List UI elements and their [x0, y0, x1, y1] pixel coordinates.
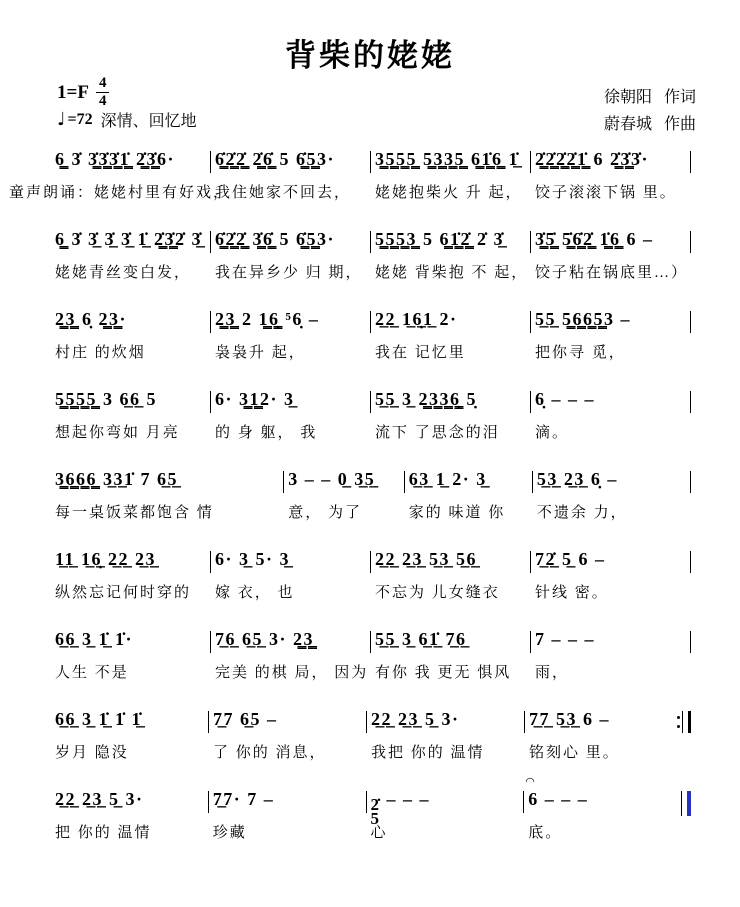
measure: 7̲7· 7 –珍藏 [213, 778, 363, 842]
barline [208, 711, 209, 733]
measure: 6̣ – – –滴。 [535, 378, 687, 442]
lyric: 人生 不是 [55, 653, 207, 682]
notes-row: 1̲1̲ 1̲6̣̲ 2̲2̲ 2̲3̲ [55, 538, 207, 573]
time-signature: 4 4 [96, 76, 110, 109]
fermata-icon: ◠6 [528, 789, 539, 810]
meter-denominator: 4 [99, 93, 107, 109]
barline [210, 231, 211, 253]
barline [366, 711, 367, 733]
notes-row: 5̳5̳5̳5̳ 3 6̲6̲ 5 [55, 378, 207, 413]
measure: 6· 3̳1̳2· 3̲的 身 躯， 我 [215, 378, 367, 442]
notes-row: 3 – – 0̲ 3̲5̲ [288, 458, 401, 493]
barline [690, 151, 691, 173]
barline [210, 311, 211, 333]
score: 6̳ 3̇ 3̳̇3̳̇3̳̇1̳̇ 2̳̇3̳̇6·童声朗诵：姥姥村里有好戏，… [55, 138, 695, 858]
notes-row: 6· 3̲ 5· 3̲ [215, 538, 367, 573]
measure: 3̳6̳6̳6̳ 3̲3̲1̇ 7 6̲5̲每一桌饭菜都饱含 情 [55, 458, 280, 522]
notes-row: 2̲2̲ 2̲3̲ 5̲ 3· [371, 698, 521, 733]
lyric: 岁月 隐没 [55, 733, 205, 762]
barline [210, 151, 211, 173]
lyric: 不遗余 力， [537, 493, 687, 522]
measure: 7̲2̲̇ 5̲ 6 –针线 密。 [535, 538, 687, 602]
lyric: 姥姥 背柴抱 不 起， [375, 253, 527, 282]
measure: 2̳3̳ 2 1̳6̣̳ ⁵6̣ –袅袅升 起， [215, 298, 367, 362]
barline [370, 151, 371, 173]
notes-row: 6̲6̲ 3̲ 1̲̇ 1̇ 1̲̇ [55, 698, 205, 733]
lyric: 把 你的 温情 [55, 813, 205, 842]
notes-row: 5̲5̲ 3̲ 2̳3̳3̳6̣̳ 5̣ [375, 378, 527, 413]
barline [370, 311, 371, 333]
notes-row: 7̲6̲ 6̲5̲ 3· 2̳3̳ [215, 618, 367, 653]
barline [210, 391, 211, 413]
lyric: 家的 味道 你 [409, 493, 529, 522]
measure: 6̳ 3̇ 3̳̇3̳̇3̳̇1̳̇ 2̳̇3̳̇6·童声朗诵：姥姥村里有好戏， [55, 138, 207, 202]
measure: ◠6 – – –底。 [528, 778, 678, 842]
notes-row: 6̣ – – – [535, 378, 687, 413]
measure: 6̲6̲ 3̲ 1̲̇ 1̇·人生 不是 [55, 618, 207, 682]
key-time-signature: 1=F 4 4 [57, 76, 109, 109]
lyric: 饺子粘在锅底里…） [535, 253, 687, 282]
measure: 6̳̇2̳̇2̳̇ 2̳̇6̳̇ 5 6̳̇5̳3·我住她家不回去， [215, 138, 367, 202]
lyric: 每一桌饭菜都饱含 情 [55, 493, 280, 522]
notes-row: 6̳̇2̳̇2̳̇ 3̳̇6̳̇ 5 6̳̇5̳3· [215, 218, 367, 253]
lyric: 村庄 的炊烟 [55, 333, 207, 362]
lyric: 流下 了思念的泪 [375, 413, 527, 442]
lyric: 了 你的 消息， [213, 733, 363, 762]
barline [532, 471, 533, 493]
lyric: 我住她家不回去， [215, 173, 367, 202]
lyricist-credit: 徐朝阳作词 [604, 84, 696, 111]
notes-row: 5̲5̲ 5̳6̳6̳5̳3 – [535, 298, 687, 333]
measure: 6̲3̲ 1̲ 2· 3̲家的 味道 你 [409, 458, 529, 522]
measure: 5̲5̲ 5̳6̳6̳5̳3 –把你寻 觅， [535, 298, 687, 362]
lyricist-name: 徐朝阳 [604, 84, 652, 111]
quarter-note-icon: ♩ [57, 109, 66, 130]
notes-row: 2̲2̲ 2̲3̲ 5̲3̲ 5̲6̲ [375, 538, 527, 573]
notes-row: 6̳̇2̳̇2̳̇ 2̳̇6̳̇ 5 6̳̇5̳3· [215, 138, 367, 173]
composer-role: 作曲 [664, 111, 696, 138]
barline [210, 551, 211, 573]
measure: 2̳̇2̳̇2̳̇2̳̇1̳̇ 6 2̳̇3̳̇3̇·饺子滚滚下锅 里。 [535, 138, 687, 202]
notes-row: 7̲7 6̲5 – [213, 698, 363, 733]
notes-row: 6̲6̲ 3̲ 1̲̇ 1̇· [55, 618, 207, 653]
notes-row: 5̲3̲ 2̲3̲ 6̣ – [537, 458, 687, 493]
measure: 7 – – –雨， [535, 618, 687, 682]
measure: 7̲7 6̲5 –了 你的 消息， [213, 698, 363, 762]
lyric: 滴。 [535, 413, 687, 442]
barline [370, 231, 371, 253]
lyric: 童声朗诵：姥姥村里有好戏， [55, 173, 207, 202]
score-line: 3̳6̳6̳6̳ 3̲3̲1̇ 7 6̲5̲每一桌饭菜都饱含 情3 – – 0̲… [55, 458, 695, 538]
measure: 6̳ 3̇ 3̲̇ 3̲̇ 3̲̇ 1̲̇ 2̳̇3̳̇2̇ 3̲̇姥姥青丝变白… [55, 218, 207, 282]
barline [404, 471, 405, 493]
credits: 徐朝阳作词 蔚春城作曲 [604, 84, 696, 138]
barline [690, 551, 691, 573]
measure: 6· 3̲ 5· 3̲嫁 衣， 也 [215, 538, 367, 602]
lyric: 想起你弯如 月亮 [55, 413, 207, 442]
meter-numerator: 4 [96, 76, 110, 93]
notes-row: 6̳ 3̇ 3̳̇3̳̇3̳̇1̳̇ 2̳̇3̳̇6· [55, 138, 207, 173]
repeat-end-barline [682, 711, 691, 733]
measure: 6̳̇2̳̇2̳̇ 3̳̇6̳̇ 5 6̳̇5̳3·我在异乡少 归 期， [215, 218, 367, 282]
score-line: 6̳ 3̇ 3̳̇3̳̇3̳̇1̳̇ 2̳̇3̳̇6·童声朗诵：姥姥村里有好戏，… [55, 138, 695, 218]
lyric: 完美 的棋 局， 因为 [215, 653, 367, 682]
lyric: 雨， [535, 653, 687, 682]
measure: 3 – – 0̲ 3̲5̲意， 为了 [288, 458, 401, 522]
score-line: 1̲1̲ 1̲6̣̲ 2̲2̲ 2̲3̲纵然忘记何时穿的6· 3̲ 5· 3̲嫁… [55, 538, 695, 618]
notes-row: 5̳5̳5̳3̳ 5 6̳1̳̇2̳̇ 2̇ 3̲̇ [375, 218, 527, 253]
score-line: 6̳ 3̇ 3̲̇ 3̲̇ 3̲̇ 1̲̇ 2̳̇3̳̇2̇ 3̲̇姥姥青丝变白… [55, 218, 695, 298]
measure: 7̲6̲ 6̲5̲ 3· 2̳3̳完美 的棋 局， 因为 [215, 618, 367, 682]
measure: 2̇5 – – –心 [371, 778, 521, 842]
measure: 7̲7̲ 5̲3̲ 6 –铭刻心 里。 [529, 698, 679, 762]
notes-row: 2̳3̳ 6̣ 2̳3̳· [55, 298, 207, 333]
lyric: 铭刻心 里。 [529, 733, 679, 762]
tempo-bpm: =72 [68, 111, 93, 129]
measure: 5̳5̳5̳3̳ 5 6̳1̳̇2̳̇ 2̇ 3̲̇姥姥 背柴抱 不 起， [375, 218, 527, 282]
key-label: 1=F [57, 82, 89, 104]
lyric: 我在异乡少 归 期， [215, 253, 367, 282]
lyric: 针线 密。 [535, 573, 687, 602]
notes-row: 7̲7· 7 – [213, 778, 363, 813]
lyric: 的 身 躯， 我 [215, 413, 367, 442]
barline [366, 791, 367, 813]
barline [370, 551, 371, 573]
sheet-music-page: 背柴的姥姥 1=F 4 4 ♩=72 深情、回忆地 徐朝阳作词 蔚春城作曲 6̳… [0, 0, 740, 907]
notes-row: 3̳̇5̳̇ 5̳̇6̳̇2̳̇ 1̳̇6̳ 6 – [535, 218, 687, 253]
notes-row: 2̇5 – – – [371, 778, 521, 813]
notes-row: 6̳ 3̇ 3̲̇ 3̲̇ 3̲̇ 1̲̇ 2̳̇3̳̇2̇ 3̲̇ [55, 218, 207, 253]
notes-row: 6̲3̲ 1̲ 2· 3̲ [409, 458, 529, 493]
measure: 5̲3̲ 2̲3̲ 6̣ –不遗余 力， [537, 458, 687, 522]
barline [690, 471, 691, 493]
score-line: 6̲6̲ 3̲ 1̲̇ 1̇·人生 不是7̲6̲ 6̲5̲ 3· 2̳3̳完美 … [55, 618, 695, 698]
measure: 2̲2̲ 2̲3̲ 5̲3̲ 5̲6̲不忘为 儿女缝衣 [375, 538, 527, 602]
barline [210, 631, 211, 653]
barline [690, 391, 691, 413]
lyric: 饺子滚滚下锅 里。 [535, 173, 687, 202]
measure: 2̳3̳ 6̣ 2̳3̳·村庄 的炊烟 [55, 298, 207, 362]
barline [530, 231, 531, 253]
tempo-marking: ♩=72 深情、回忆地 [57, 108, 197, 131]
barline [530, 151, 531, 173]
score-line: 6̲6̲ 3̲ 1̲̇ 1̇ 1̲̇岁月 隐没7̲7 6̲5 –了 你的 消息，… [55, 698, 695, 778]
barline [523, 791, 524, 813]
notes-row: 7 – – – [535, 618, 687, 653]
score-line: 2̳3̳ 6̣ 2̳3̳·村庄 的炊烟2̳3̳ 2 1̳6̣̳ ⁵6̣ –袅袅升… [55, 298, 695, 378]
lyric: 姥姥抱柴火 升 起， [375, 173, 527, 202]
final-barline [681, 791, 691, 816]
score-line: 2̲2̲ 2̲3̲ 5̲ 3·把 你的 温情7̲7· 7 –珍藏2̇5 – – … [55, 778, 695, 858]
barline [530, 391, 531, 413]
barline [530, 631, 531, 653]
barline [524, 711, 525, 733]
measure: 5̲5̲ 3̲ 2̳3̳3̳6̣̳ 5̣流下 了思念的泪 [375, 378, 527, 442]
lyric: 我在 记忆里 [375, 333, 527, 362]
measure: 6̲6̲ 3̲ 1̲̇ 1̇ 1̲̇岁月 隐没 [55, 698, 205, 762]
measure: 1̲1̲ 1̲6̣̲ 2̲2̲ 2̲3̲纵然忘记何时穿的 [55, 538, 207, 602]
notes-row: 2̳̇2̳̇2̳̇2̳̇1̳̇ 6 2̳̇3̳̇3̇· [535, 138, 687, 173]
barline [208, 791, 209, 813]
expression-text: 深情、回忆地 [101, 108, 197, 131]
lyric: 把你寻 觅， [535, 333, 687, 362]
lyric: 底。 [528, 813, 678, 842]
song-title: 背柴的姥姥 [0, 30, 740, 75]
lyricist-role: 作词 [664, 84, 696, 111]
barline [370, 391, 371, 413]
lyric: 不忘为 儿女缝衣 [375, 573, 527, 602]
measure: 2̲2̲ 2̲3̲ 5̲ 3·我把 你的 温情 [371, 698, 521, 762]
measure: 2̲2̲ 1̲6̣̲1̲ 2·我在 记忆里 [375, 298, 527, 362]
lyric: 纵然忘记何时穿的 [55, 573, 207, 602]
lyric: 有你 我 更无 惧风 [375, 653, 527, 682]
notes-row: 3̳6̳6̳6̳ 3̲3̲1̇ 7 6̲5̲ [55, 458, 280, 493]
score-line: 5̳5̳5̳5̳ 3 6̲6̲ 5想起你弯如 月亮6· 3̳1̳2· 3̲的 身… [55, 378, 695, 458]
lyric: 袅袅升 起， [215, 333, 367, 362]
measure: 3̳5̳5̳5̳ 5̳3̳3̳5̳ 6̳1̳̇6̳ 1̲̇姥姥抱柴火 升 起， [375, 138, 527, 202]
composer-name: 蔚春城 [604, 111, 652, 138]
lyric: 姥姥青丝变白发， [55, 253, 207, 282]
barline [690, 231, 691, 253]
barline [530, 551, 531, 573]
notes-row: ◠6 – – – [528, 778, 678, 813]
barline [690, 311, 691, 333]
lyric: 我把 你的 温情 [371, 733, 521, 762]
notes-row: 5̲5̲ 3̲ 6̲1̲̇ 7̲6̲ [375, 618, 527, 653]
measure: 5̳5̳5̳5̳ 3 6̲6̲ 5想起你弯如 月亮 [55, 378, 207, 442]
notes-row: 3̳5̳5̳5̳ 5̳3̳3̳5̳ 6̳1̳̇6̳ 1̲̇ [375, 138, 527, 173]
lyric: 嫁 衣， 也 [215, 573, 367, 602]
notes-row: 6· 3̳1̳2· 3̲ [215, 378, 367, 413]
notes-row: 2̲2̲ 2̲3̲ 5̲ 3· [55, 778, 205, 813]
barline [370, 631, 371, 653]
lyric: 珍藏 [213, 813, 363, 842]
barline [530, 311, 531, 333]
notes-row: 7̲7̲ 5̲3̲ 6 – [529, 698, 679, 733]
measure: 5̲5̲ 3̲ 6̲1̲̇ 7̲6̲有你 我 更无 惧风 [375, 618, 527, 682]
composer-credit: 蔚春城作曲 [604, 111, 696, 138]
barline [690, 631, 691, 653]
measure: 2̲2̲ 2̲3̲ 5̲ 3·把 你的 温情 [55, 778, 205, 842]
notes-row: 2̳3̳ 2 1̳6̣̳ ⁵6̣ – [215, 298, 367, 333]
barline [283, 471, 284, 493]
notes-row: 7̲2̲̇ 5̲ 6 – [535, 538, 687, 573]
measure: 3̳̇5̳̇ 5̳̇6̳̇2̳̇ 1̳̇6̳ 6 –饺子粘在锅底里…） [535, 218, 687, 282]
notes-row: 2̲2̲ 1̲6̣̲1̲ 2· [375, 298, 527, 333]
lyric: 意， 为了 [288, 493, 401, 522]
